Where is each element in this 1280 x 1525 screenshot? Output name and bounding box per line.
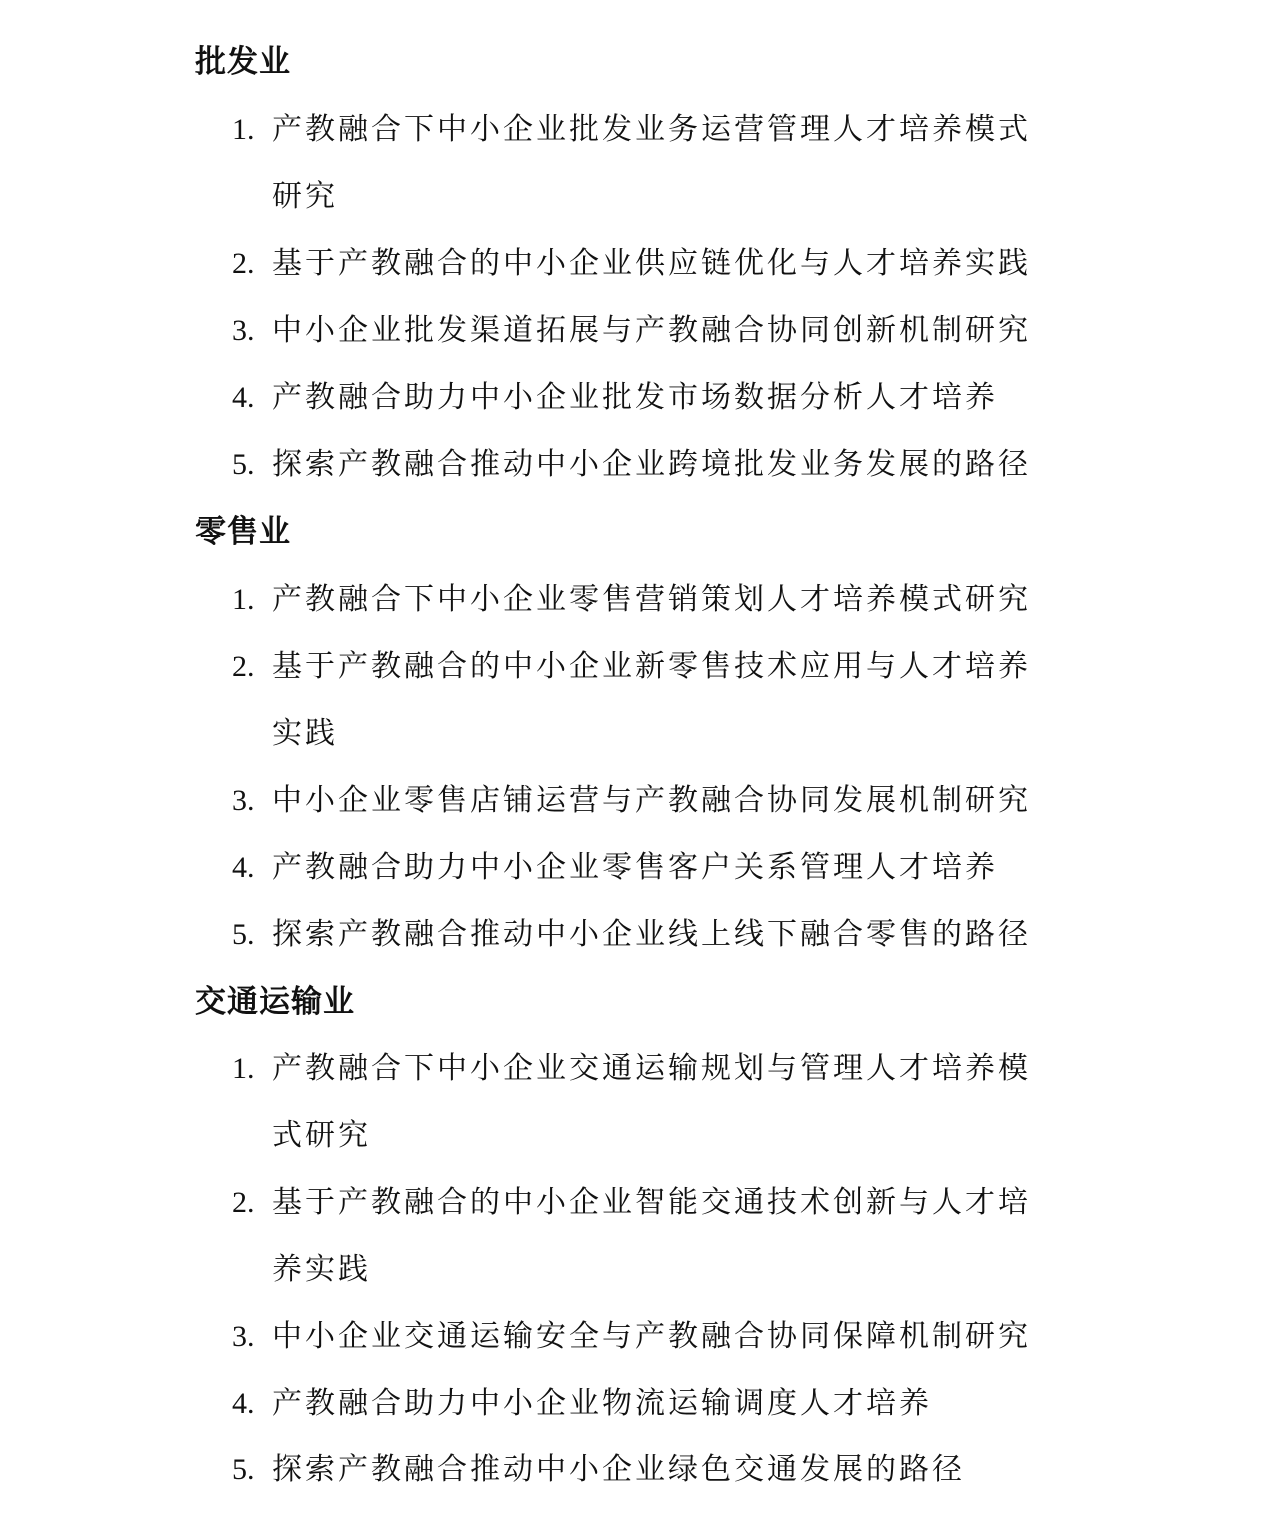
item-number: 2. (232, 244, 255, 284)
item-number: 3. (232, 311, 255, 351)
item-text: 产教融合下中小企业交通运输规划与管理人才培养模 (272, 1049, 1031, 1089)
item-text: 基于产教融合的中小企业新零售技术应用与人才培养 (272, 647, 1031, 687)
item-text-continued: 式研究 (272, 1116, 371, 1156)
item-number: 5. (232, 915, 255, 955)
item-text: 产教融合下中小企业批发业务运营管理人才培养模式 (272, 110, 1031, 150)
item-text: 中小企业零售店铺运营与产教融合协同发展机制研究 (272, 781, 1031, 821)
item-text-continued: 养实践 (272, 1250, 371, 1290)
item-text: 探索产教融合推动中小企业线上线下融合零售的路径 (272, 915, 1031, 955)
item-text-continued: 实践 (272, 714, 338, 754)
item-number: 4. (232, 378, 255, 418)
item-text: 产教融合助力中小企业零售客户关系管理人才培养 (272, 848, 998, 888)
item-number: 5. (232, 445, 255, 485)
section-heading-transportation: 交通运输业 (195, 982, 355, 1022)
item-text: 基于产教融合的中小企业供应链优化与人才培养实践 (272, 244, 1031, 284)
item-text: 探索产教融合推动中小企业跨境批发业务发展的路径 (272, 445, 1031, 485)
item-text: 探索产教融合推动中小企业绿色交通发展的路径 (272, 1450, 965, 1490)
section-heading-retail: 零售业 (195, 512, 291, 552)
item-number: 4. (232, 848, 255, 888)
item-number: 5. (232, 1450, 255, 1490)
item-text: 产教融合助力中小企业批发市场数据分析人才培养 (272, 378, 998, 418)
item-number: 2. (232, 1183, 255, 1223)
item-number: 1. (232, 1049, 255, 1089)
item-text-continued: 研究 (272, 177, 338, 217)
item-number: 2. (232, 647, 255, 687)
item-text: 中小企业批发渠道拓展与产教融合协同创新机制研究 (272, 311, 1031, 351)
item-number: 4. (232, 1384, 255, 1424)
item-number: 1. (232, 110, 255, 150)
item-text: 中小企业交通运输安全与产教融合协同保障机制研究 (272, 1317, 1031, 1357)
section-heading-wholesale: 批发业 (195, 42, 291, 82)
item-text: 产教融合助力中小企业物流运输调度人才培养 (272, 1384, 932, 1424)
item-number: 3. (232, 781, 255, 821)
item-number: 1. (232, 580, 255, 620)
item-text: 产教融合下中小企业零售营销策划人才培养模式研究 (272, 580, 1031, 620)
item-number: 3. (232, 1317, 255, 1357)
item-text: 基于产教融合的中小企业智能交通技术创新与人才培 (272, 1183, 1031, 1223)
